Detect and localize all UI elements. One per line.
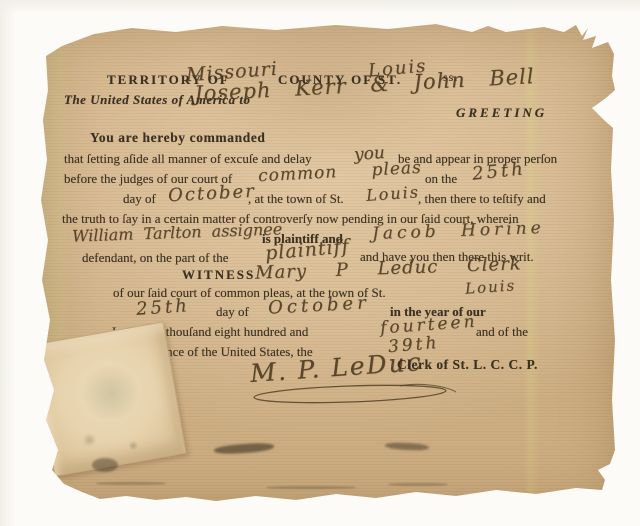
court-town-fill-handwritten: Louis [464,276,516,298]
bottom-edge-dust [96,482,166,485]
ink-bleed-mark [385,442,429,451]
greeting-label: GREETING [456,105,547,121]
day2-fill-handwritten: 25th [135,295,190,320]
testify-post-text: , then there to teſtify and [418,191,546,207]
bottom-edge-dust [266,486,356,489]
andofthe-label: and of the [476,324,528,340]
signature-flourish [250,380,460,408]
month-fill-handwritten: October [168,181,257,207]
onthe-label: on the [425,171,457,187]
scanned-document-page: TERRITORY OF Missouri COUNTY OF ST. Loui… [0,0,640,526]
document-paper: TERRITORY OF Missouri COUNTY OF ST. Loui… [36,20,618,504]
witness-label: WITNESS [182,267,255,283]
seal-ink-speckles [92,458,118,472]
town-fill-handwritten: Louis [365,182,420,205]
day-fill-handwritten: 25th [471,158,527,185]
dayof2-label: day of [216,304,249,320]
wafer-seal [31,321,186,476]
town-label: , at the town of St. [248,191,344,207]
ink-bleed-mark [214,442,274,455]
clerk-title-label: Clerk of St. L. C. C. P. [397,357,538,373]
command-line: You are hereby commanded [90,130,266,146]
dayof-label: day of [123,191,156,207]
bottom-edge-dust [388,483,448,486]
month2-fill-handwritten: October [268,292,371,318]
defendant-label: defendant, on the part of the [82,250,229,266]
